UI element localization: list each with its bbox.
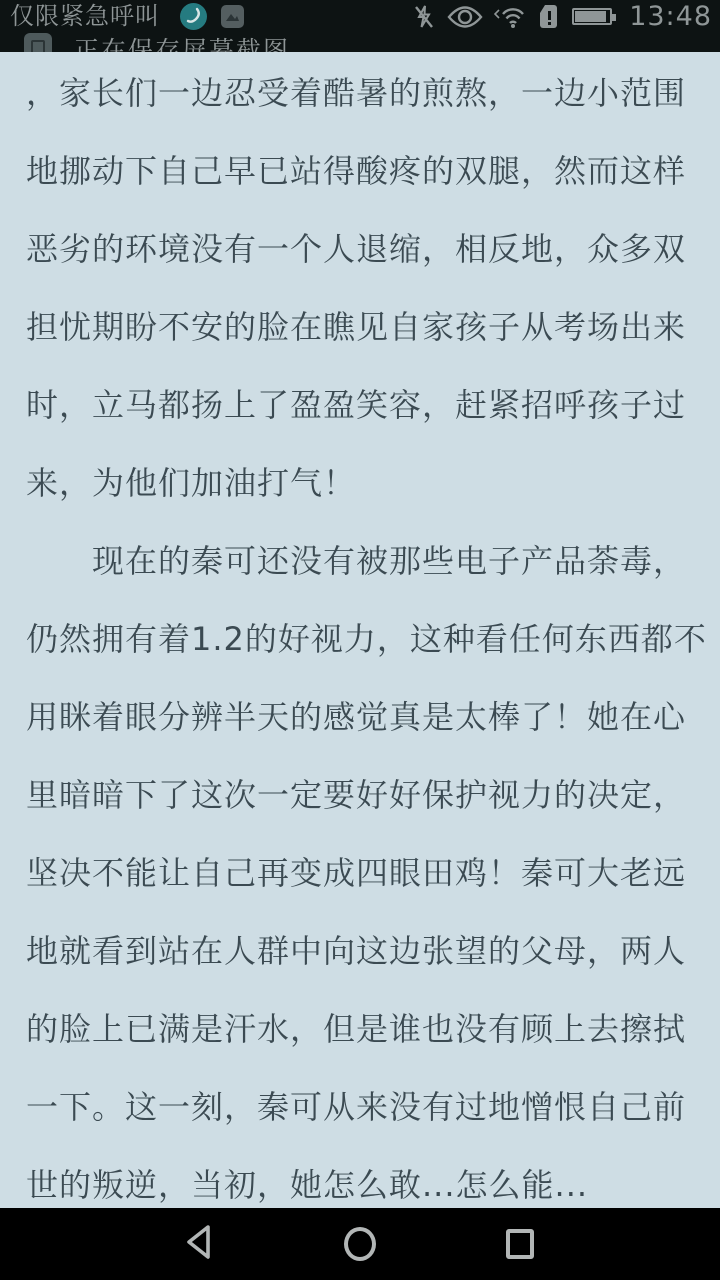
text-line: 来，为他们加油打气！: [26, 442, 694, 520]
status-bar-row: 仅限紧急呼叫: [0, 0, 720, 32]
status-bar-right: 13:48: [412, 1, 712, 32]
wifi-icon: [494, 5, 526, 29]
eye-protection-icon: [447, 5, 483, 29]
home-button[interactable]: [280, 1208, 440, 1280]
flash-off-icon: [412, 4, 436, 30]
notification-text: 正在保存屏幕截图: [74, 33, 290, 52]
text-line: 坚决不能让自己再变成四眼田鸡！秦可大老远: [26, 832, 694, 910]
recents-icon: [506, 1229, 534, 1259]
navigation-bar: [0, 1208, 720, 1280]
sim-alert-icon: [537, 3, 561, 30]
text-line: 时，立马都扬上了盈盈笑容，赶紧招呼孩子过: [26, 364, 694, 442]
back-icon: [180, 1222, 220, 1266]
text-line: 仍然拥有着1.2的好视力，这种看任何东西都不: [26, 598, 694, 676]
battery-icon: [572, 8, 612, 25]
home-icon: [344, 1227, 376, 1261]
status-bar-left: 仅限紧急呼叫: [0, 1, 244, 31]
text-line: 恶劣的环境没有一个人退缩，相反地，众多双: [26, 208, 694, 286]
text-line: 世的叛逆，当初，她怎么敢...怎么能...: [26, 1144, 694, 1208]
recents-button[interactable]: [440, 1208, 600, 1280]
clock-label: 13:48: [629, 1, 712, 32]
carrier-label: 仅限紧急呼叫: [10, 1, 160, 31]
back-button[interactable]: [120, 1208, 280, 1280]
phone-screen: 仅限紧急呼叫: [0, 0, 720, 1280]
gray-app-icon: [221, 5, 244, 28]
text-line: 担忧期盼不安的脸在瞧见自家孩子从考场出来: [26, 286, 694, 364]
text-line: 地挪动下自己早已站得酸疼的双腿，然而这样: [26, 130, 694, 208]
music-app-icon: [180, 3, 207, 30]
text-line: 现在的秦可还没有被那些电子产品荼毒，: [26, 520, 694, 598]
text-line: 一下。这一刻，秦可从来没有过地憎恨自己前: [26, 1066, 694, 1144]
screenshot-notification[interactable]: 正在保存屏幕截图: [0, 33, 720, 52]
screenshot-thumbnail-icon: [24, 33, 52, 52]
status-bar[interactable]: 仅限紧急呼叫: [0, 0, 720, 52]
text-line: 的脸上已满是汗水，但是谁也没有顾上去擦拭: [26, 988, 694, 1066]
text-line: ，家长们一边忍受着酷暑的煎熬，一边小范围: [26, 52, 694, 130]
text-line: 用眯着眼分辨半天的感觉真是太棒了！她在心: [26, 676, 694, 754]
text-line: 地就看到站在人群中向这边张望的父母，两人: [26, 910, 694, 988]
text-line: 里暗暗下了这次一定要好好保护视力的决定，: [26, 754, 694, 832]
reader-page[interactable]: ，家长们一边忍受着酷暑的煎熬，一边小范围地挪动下自己早已站得酸疼的双腿，然而这样…: [0, 52, 720, 1208]
